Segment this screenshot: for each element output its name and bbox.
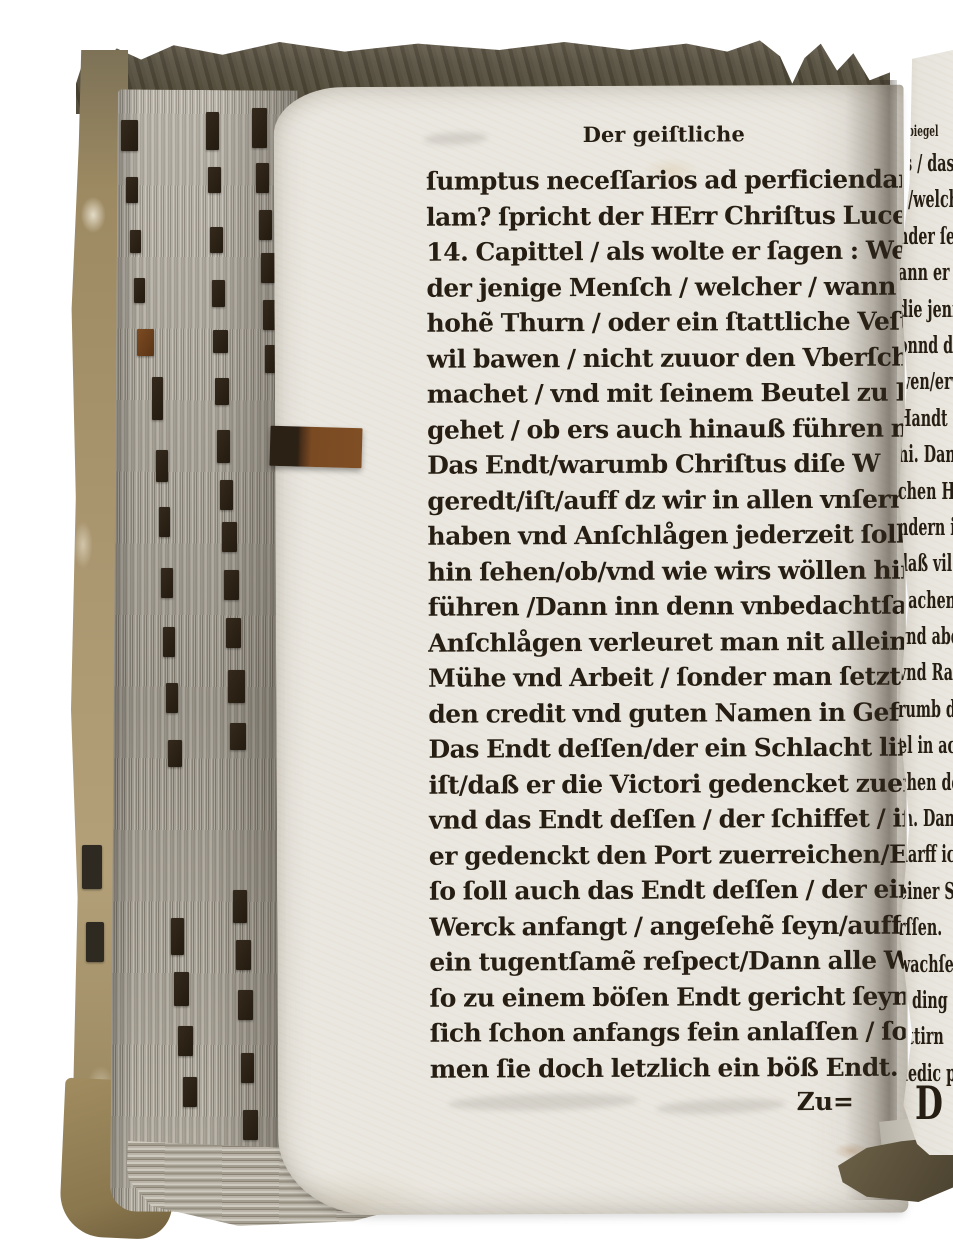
index-tab (261, 253, 275, 283)
index-tab (152, 377, 163, 420)
index-tab (121, 120, 138, 151)
text-fragment-line: chen Händl (898, 474, 932, 510)
spine-tab-mark (82, 845, 102, 889)
text-line: ſo ſoll auch das Endt deſſen / der ein g… (429, 872, 905, 910)
text-line: ſich ſchon anfangs fein anlaſſen / ſo ne… (430, 1014, 906, 1052)
index-tab (137, 329, 154, 356)
text-line: führen /Dann inn denn vnbedachtſam (428, 588, 904, 626)
text-line: Das Endt deſſen/der ein Schlacht liffer (428, 730, 904, 768)
protruding-bookmark-tab (269, 426, 362, 469)
index-tab (130, 230, 141, 253)
index-tab (134, 278, 145, 303)
index-tab (217, 430, 230, 463)
text-line: 14. Capittel / als wolte er ſagen : Wer (426, 233, 902, 271)
index-tab (230, 723, 246, 750)
text-line: hin ſehen/ob/vnd wie wirs wöllen hinau (428, 552, 904, 590)
index-tab (208, 167, 221, 193)
index-tab (161, 568, 173, 598)
text-line: geredt/iſt/auff dz wir in allen vnſern V (427, 481, 903, 519)
index-tab (171, 918, 184, 955)
text-line: ſumptus neceſſarios ad perficiendam (426, 162, 902, 200)
index-tab (126, 177, 138, 203)
index-tab (206, 112, 219, 150)
text-line: hohẽ Thurn / oder ein ſtattliche Veſtu (426, 304, 902, 342)
index-tab (213, 330, 228, 353)
index-tab (259, 210, 272, 240)
text-line: ein tugentſamẽ reſpect/Dann alle Werck (429, 943, 905, 981)
book-photo: Der geiſtliche ſumptus neceſſarios ad pe… (0, 0, 953, 1260)
index-tab (228, 670, 245, 703)
text-line: gehet / ob ers auch hinauß führen mög (427, 410, 903, 448)
left-page-text-column: Der geiſtliche ſumptus neceſſarios ad pe… (426, 121, 907, 1215)
index-tab (156, 450, 168, 482)
text-line: wil bawen / nicht zuuor den Vberſchl (427, 339, 903, 377)
index-tab (236, 940, 251, 970)
running-head-left: Der geiſtliche (426, 121, 902, 163)
text-line: der jenige Menſch / welcher / wann er e (426, 268, 902, 306)
index-tab (174, 972, 189, 1006)
text-line: iſt/daß er die Victori gedencket zuerhal… (429, 765, 905, 803)
text-fragment-line: el in acht (898, 728, 932, 764)
index-tab (256, 163, 269, 193)
index-tab (178, 1026, 193, 1056)
drop-capital: D (915, 1076, 943, 1130)
index-tab (212, 280, 225, 307)
index-tab (220, 480, 233, 510)
text-line: Anſchlågen verleuret man nit allein a (428, 623, 904, 661)
index-tab (224, 570, 239, 600)
text-fragment-line: vnd Rath (898, 655, 932, 691)
text-line: haben vnd Anſchlågen jederzeit ſollen d (427, 517, 903, 555)
index-tab (159, 507, 170, 537)
gutter-shadow (845, 80, 897, 1200)
body-text: ſumptus neceſſarios ad perficiendamlam? … (426, 162, 906, 1087)
index-tab (215, 378, 229, 405)
index-tab (210, 227, 223, 253)
index-tab (183, 1077, 197, 1107)
text-line: lam? ſpricht der HErr Chriſtus Luce (426, 197, 902, 235)
text-line: Mühe vnd Arbeit / ſonder man ſetzt au (428, 659, 904, 697)
index-tab (168, 740, 182, 767)
index-tab (243, 1110, 258, 1140)
index-tab (241, 1053, 254, 1083)
text-line: machet / vnd mit ſeinem Beutel zu Ra (427, 375, 903, 413)
text-line: den credit vnd guten Namen in Gefahr. (428, 694, 904, 732)
text-line: men ſie doch letzlich ein böß Endt. (430, 1049, 906, 1087)
text-line: vnd das Endt deſſen / der ſchiffet / iſt… (429, 801, 905, 839)
text-line: er gedenckt den Port zuerreichen/Eben a (429, 836, 905, 874)
text-fragment-line: ann er wil v (898, 255, 932, 291)
text-fragment-line: rſſen. (898, 910, 932, 946)
text-fragment-line: ndern im vol (898, 510, 932, 546)
index-tab (238, 990, 253, 1020)
text-fragment-line: hi. Dann d (898, 437, 932, 473)
index-tab (233, 890, 247, 923)
text-line: Das Endt/warumb Chriſtus diſe W (427, 446, 903, 484)
left-page: Der geiſtliche ſumptus neceſſarios ad pe… (274, 85, 909, 1216)
spine-tab-mark (86, 922, 104, 962)
text-line: ſo zu einem böſen Endt gericht ſeyn/ob ſ… (429, 978, 905, 1016)
index-tab (226, 618, 241, 648)
index-tab (222, 522, 237, 552)
index-tab (252, 108, 267, 148)
index-tab (163, 627, 175, 657)
text-line: Werck anfangt / angeſehẽ ſeyn/auff etw (429, 907, 905, 945)
index-tab (166, 683, 178, 713)
text-fragment-line: rumb drau (898, 692, 932, 728)
